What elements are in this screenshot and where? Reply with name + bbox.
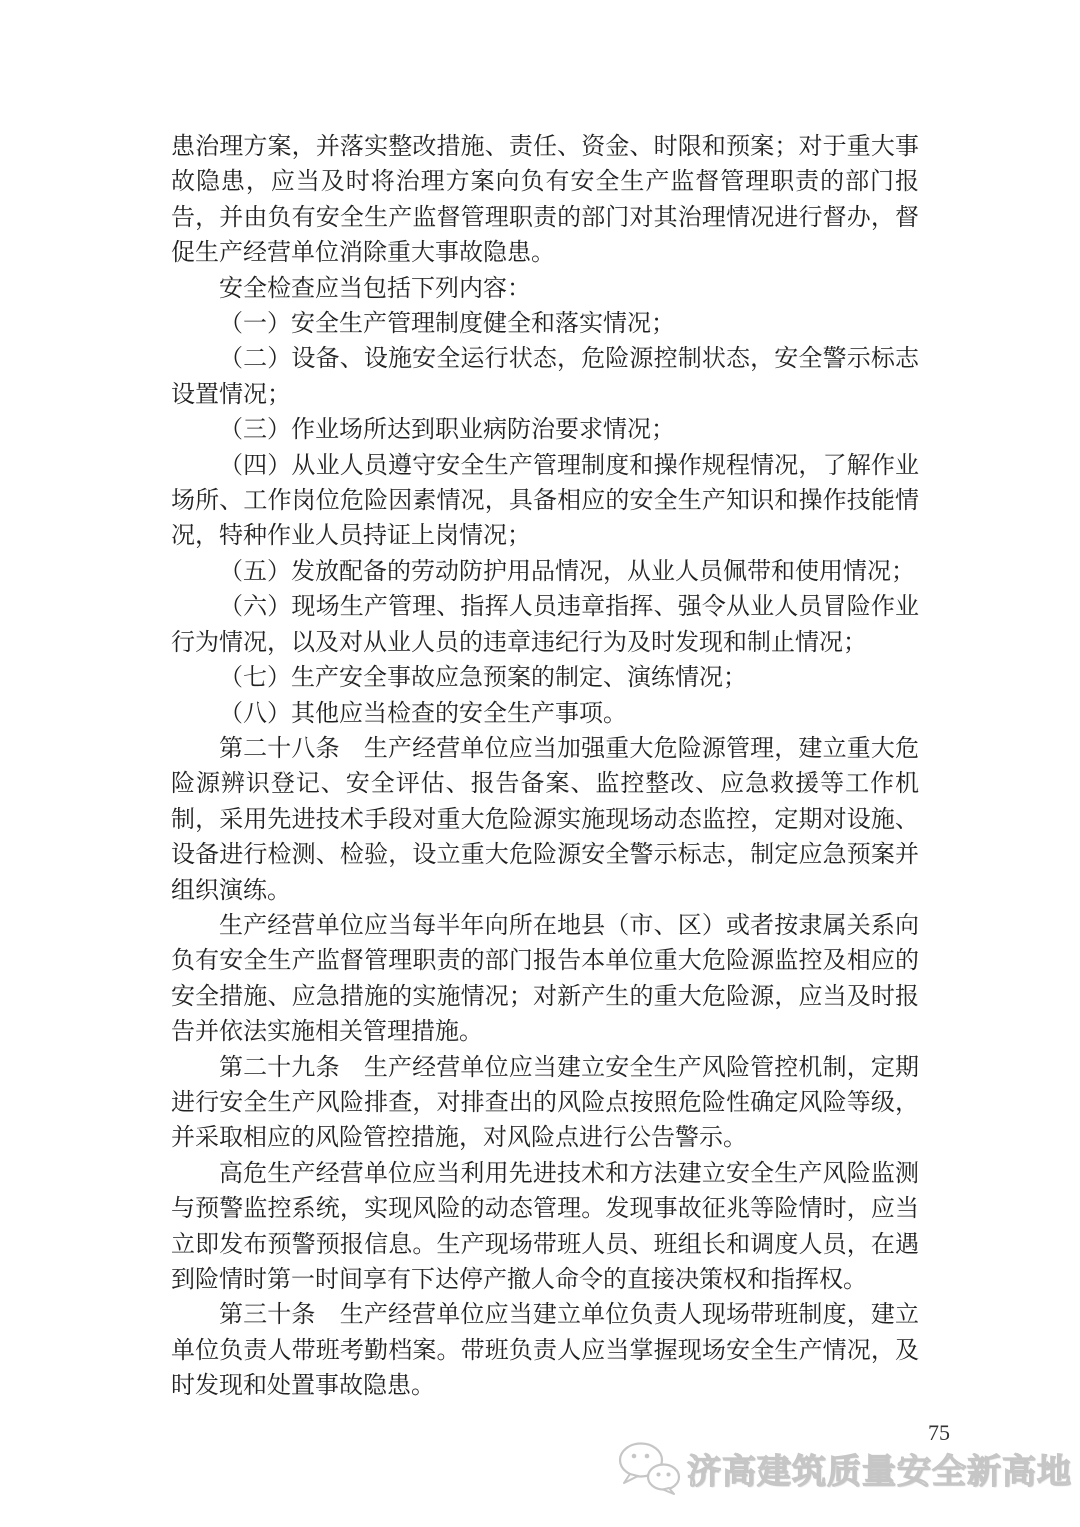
paragraph: （五）发放配备的劳动防护用品情况，从业人员佩带和使用情况； xyxy=(171,555,919,590)
paragraph: 安全检查应当包括下列内容： xyxy=(171,272,919,307)
paragraph: 第三十条 生产经营单位应当建立单位负责人现场带班制度，建立单位负责人带班考勤档案… xyxy=(171,1298,919,1404)
paragraph: （四）从业人员遵守安全生产管理制度和操作规程情况，了解作业场所、工作岗位危险因素… xyxy=(171,449,919,555)
paragraph: （六）现场生产管理、指挥人员违章指挥、强令从业人员冒险作业行为情况，以及对从业人… xyxy=(171,590,919,661)
watermark: 济高建筑质量安全新高地 xyxy=(617,1441,1072,1495)
paragraph: 生产经营单位应当每半年向所在地县（市、区）或者按隶属关系向负有安全生产监督管理职… xyxy=(171,909,919,1051)
wechat-icon xyxy=(617,1441,681,1495)
paragraph: 患治理方案，并落实整改措施、责任、资金、时限和预案；对于重大事故隐患，应当及时将… xyxy=(171,130,919,272)
paragraph: 第二十九条 生产经营单位应当建立安全生产风险管控机制，定期进行安全生产风险排查，… xyxy=(171,1051,919,1157)
paragraph: （八）其他应当检查的安全生产事项。 xyxy=(171,697,919,732)
paragraph: （一）安全生产管理制度健全和落实情况； xyxy=(171,307,919,342)
watermark-text: 济高建筑质量安全新高地 xyxy=(687,1444,1072,1493)
paragraph: 高危生产经营单位应当利用先进技术和方法建立安全生产风险监测与预警监控系统，实现风… xyxy=(171,1157,919,1299)
paragraph: （二）设备、设施安全运行状态，危险源控制状态，安全警示标志设置情况； xyxy=(171,342,919,413)
paragraph: （三）作业场所达到职业病防治要求情况； xyxy=(171,413,919,448)
paragraph: （七）生产安全事故应急预案的制定、演练情况； xyxy=(171,661,919,696)
document-body: 患治理方案，并落实整改措施、责任、资金、时限和预案；对于重大事故隐患，应当及时将… xyxy=(171,130,919,1405)
document-page: 患治理方案，并落实整改措施、责任、资金、时限和预案；对于重大事故隐患，应当及时将… xyxy=(0,0,1080,1527)
paragraph: 第二十八条 生产经营单位应当加强重大危险源管理，建立重大危险源辨识登记、安全评估… xyxy=(171,732,919,909)
